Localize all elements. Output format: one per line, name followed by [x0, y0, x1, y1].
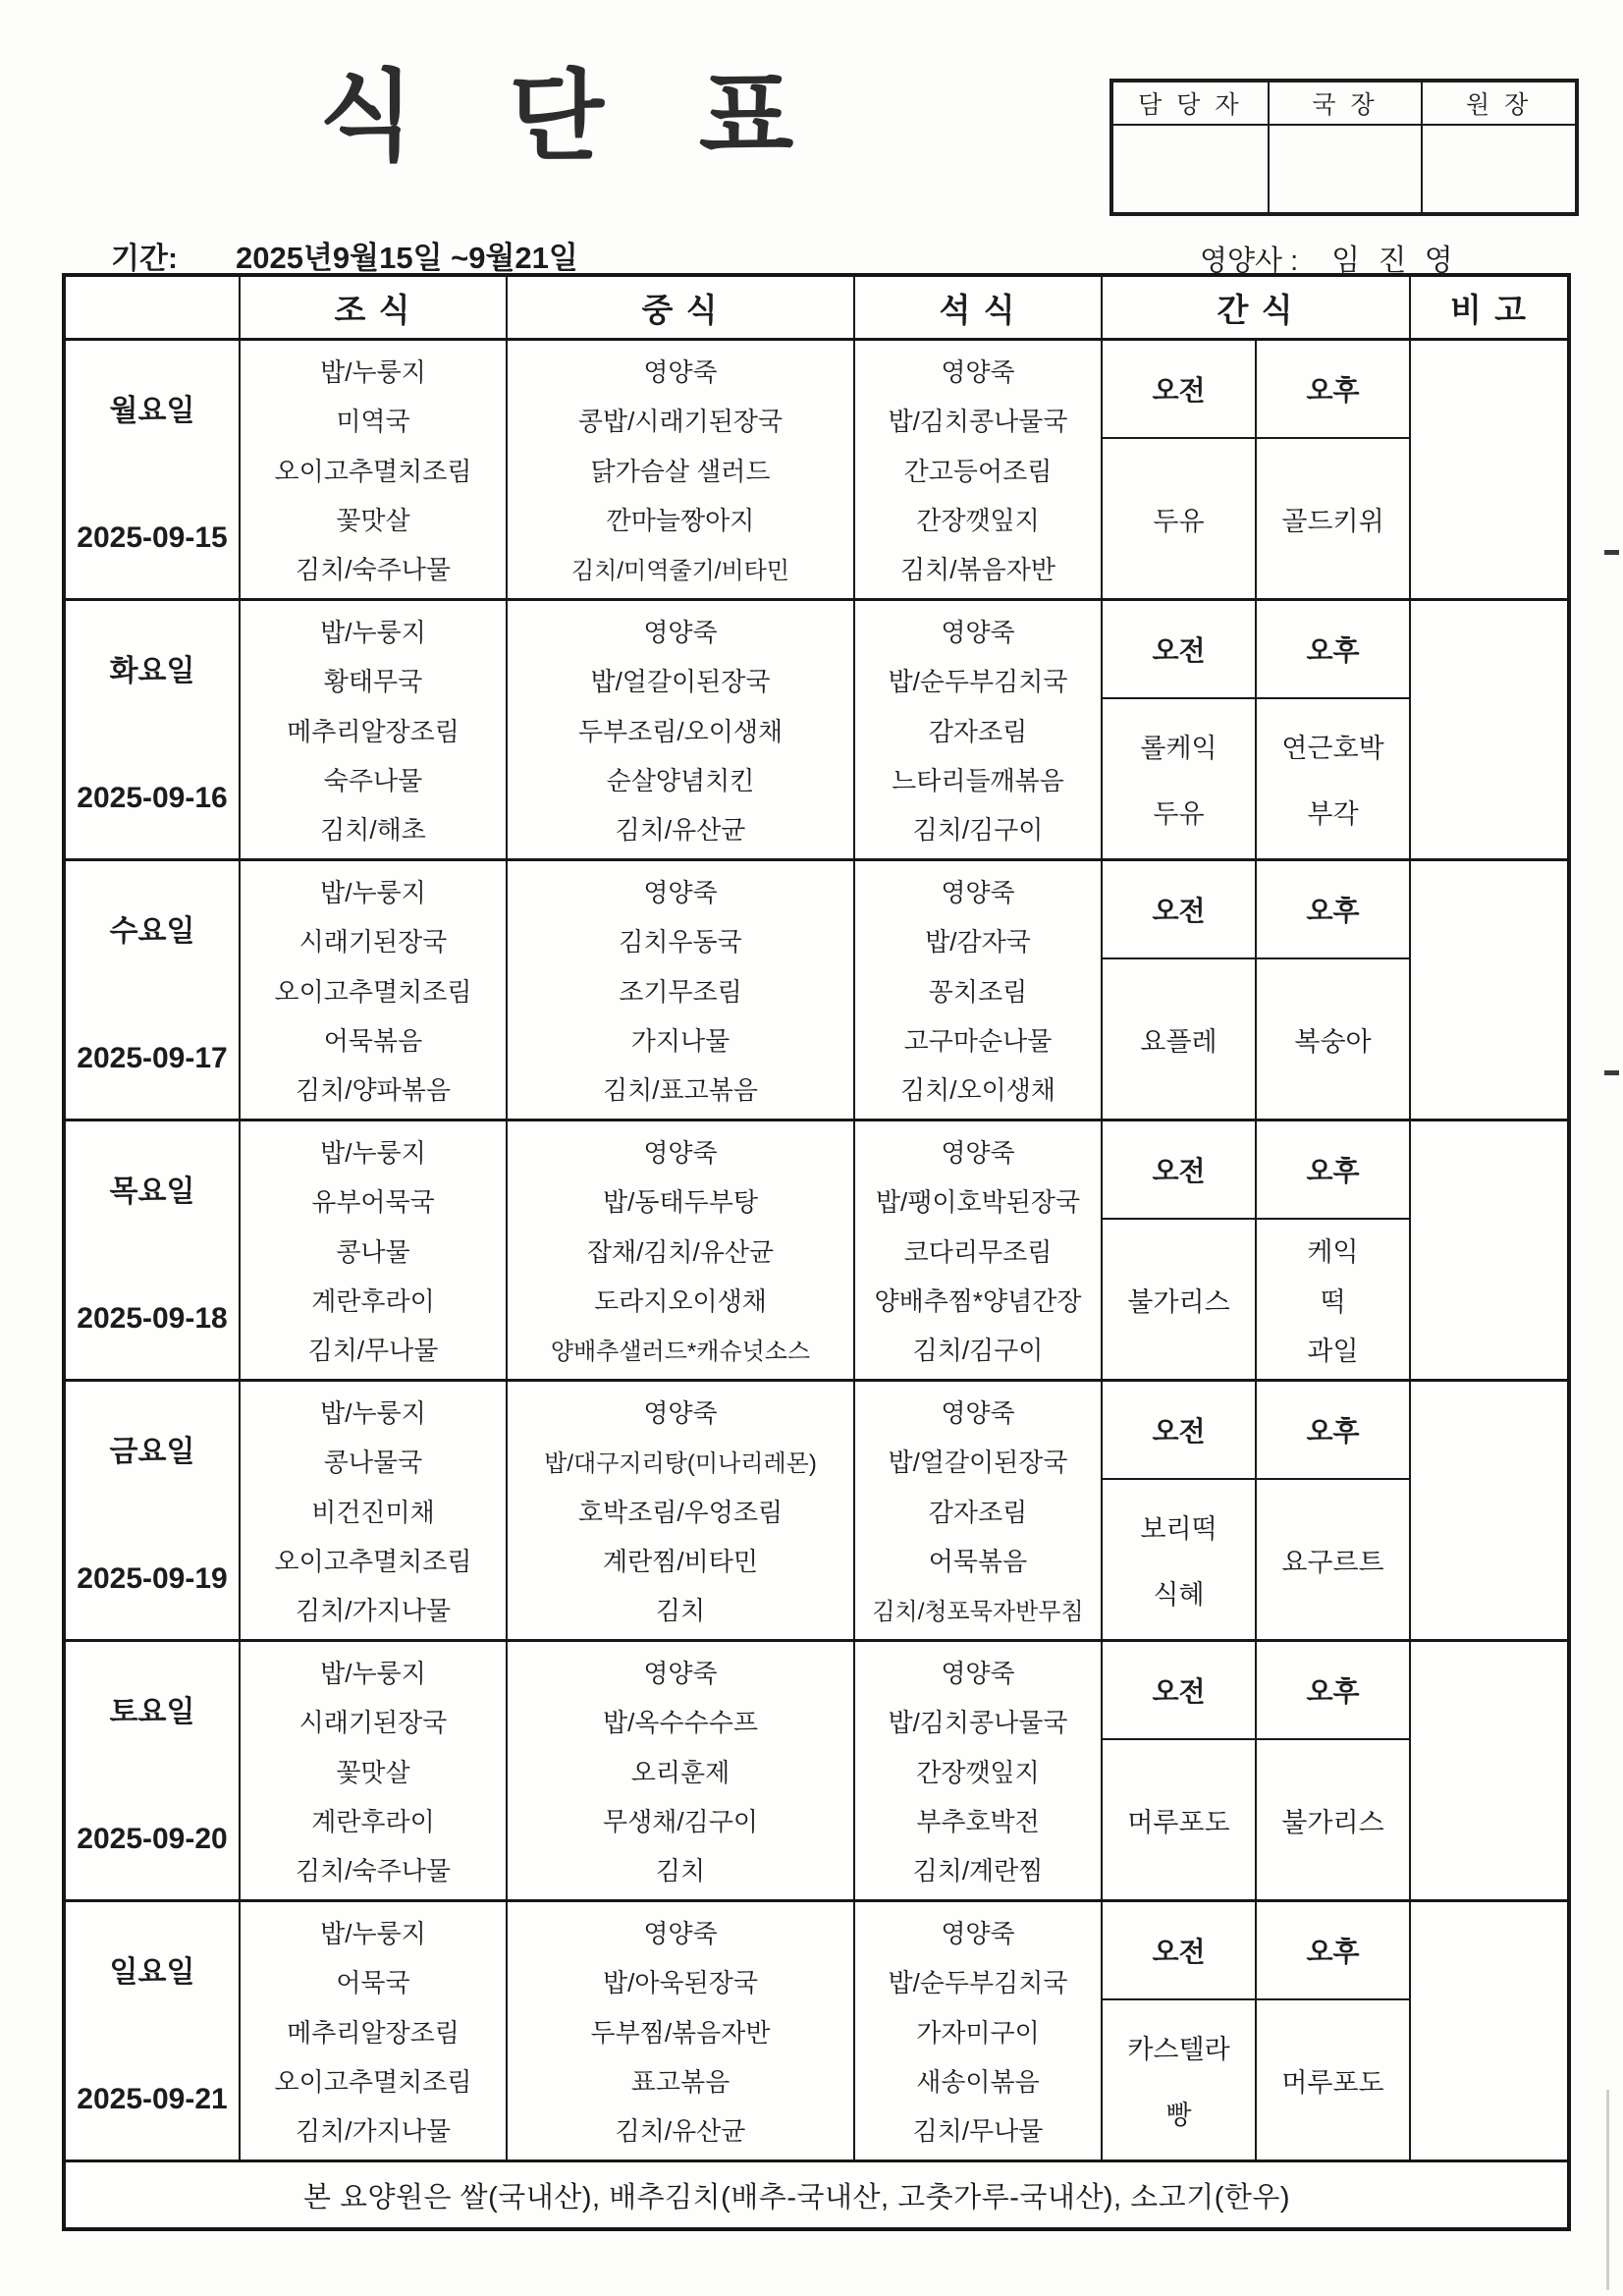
menu-item: 김치/미역줄기/비타민 [508, 544, 853, 593]
menu-item: 코다리무조림 [855, 1226, 1101, 1275]
menu-item: 호박조림/우엉조림 [508, 1486, 853, 1535]
snack-item: 식혜 [1153, 1573, 1204, 1612]
day-cell: 일요일2025-09-21 [66, 1902, 239, 2159]
menu-item: 유부어묵국 [241, 1175, 506, 1225]
snack-cell: 오전오후요플레복숭아 [1101, 861, 1409, 1119]
footer-note-row: 본 요양원은 쌀(국내산), 배추김치(배추-국내산, 고춧가루-국내산), 소… [66, 2162, 1567, 2227]
menu-item: 밥/김치콩나물국 [855, 1696, 1101, 1745]
header-breakfast: 조 식 [239, 277, 506, 338]
snack-cell: 오전오후두유골드키위 [1101, 341, 1409, 598]
menu-item: 영양죽 [508, 1907, 853, 1956]
period-label: 기간: [111, 234, 178, 277]
menu-item: 콩나물국 [241, 1436, 506, 1485]
page-title: 식 단 표 [319, 37, 801, 179]
snack-item: 부각 [1307, 793, 1358, 831]
day-cell: 목요일2025-09-18 [66, 1121, 239, 1379]
menu-item: 감자조림 [855, 1486, 1101, 1535]
menu-item: 밥/팽이호박된장국 [855, 1175, 1101, 1225]
menu-item: 영양죽 [855, 606, 1101, 655]
snack-pm-header: 오후 [1255, 341, 1409, 437]
snack-cell: 오전오후보리떡식혜요구르트 [1101, 1382, 1409, 1639]
remarks-cell [1409, 601, 1567, 858]
menu-item: 김치/유산균 [508, 2105, 853, 2155]
snack-pm-header: 오후 [1255, 601, 1409, 697]
snack-pm-cell: 케익떡과일 [1255, 1220, 1409, 1379]
menu-item: 밥/누룽지 [241, 1647, 506, 1696]
day-date: 2025-09-16 [77, 782, 227, 815]
snack-item: 케익 [1307, 1230, 1358, 1269]
dinner-cell: 영양죽밥/순두부김치국감자조림느타리들깨볶음김치/김구이 [853, 601, 1101, 858]
menu-item: 간고등어조림 [855, 445, 1101, 494]
menu-item: 콩나물 [241, 1226, 506, 1275]
snack-am-header: 오전 [1103, 341, 1255, 437]
day-name: 수요일 [110, 906, 195, 950]
menu-item: 도라지오이생채 [508, 1275, 853, 1324]
meal-plan-document: 식 단 표 담 당 자 국 장 원 장 기간: 2025년9월15일 ~9월21… [0, 0, 1623, 2296]
day-cell: 토요일2025-09-20 [66, 1642, 239, 1899]
menu-item: 김치우동국 [508, 915, 853, 964]
dinner-cell: 영양죽밥/감자국꽁치조림고구마순나물김치/오이생채 [853, 861, 1101, 1119]
menu-item: 어묵볶음 [855, 1535, 1101, 1584]
snack-content: 요플레복숭아 [1103, 959, 1409, 1119]
menu-item: 계란후라이 [241, 1275, 506, 1324]
dinner-cell: 영양죽밥/팽이호박된장국코다리무조림양배추찜*양념간장김치/김구이 [853, 1121, 1101, 1379]
snack-content: 보리떡식혜요구르트 [1103, 1480, 1409, 1639]
lunch-cell: 영양죽밥/얼갈이된장국두부조림/오이생채순살양념치킨김치/유산균 [506, 601, 853, 858]
day-row-2025-09-20: 토요일2025-09-20밥/누룽지시래기된장국꽃맛살계란후라이김치/숙주나물영… [66, 1642, 1567, 1902]
menu-item: 김치/오이생채 [855, 1065, 1101, 1114]
menu-item: 밥/김치콩나물국 [855, 395, 1101, 444]
menu-item: 밥/누룽지 [241, 1126, 506, 1175]
menu-item: 김치/볶음자반 [855, 544, 1101, 593]
menu-item: 두부조림/오이생채 [508, 705, 853, 754]
day-row-2025-09-15: 월요일2025-09-15밥/누룽지미역국오이고추멸치조림꽃맛살김치/숙주나물영… [66, 341, 1567, 601]
menu-item: 오이고추멸치조림 [241, 965, 506, 1014]
snack-subheader: 오전오후 [1103, 1902, 1409, 2000]
snack-content: 불가리스케익떡과일 [1103, 1220, 1409, 1379]
day-cell: 월요일2025-09-15 [66, 341, 239, 598]
day-name: 화요일 [110, 646, 195, 689]
snack-content: 카스텔라빵머루포도 [1103, 2000, 1409, 2159]
menu-item: 오리훈제 [508, 1746, 853, 1795]
menu-item: 새송이볶음 [855, 2055, 1101, 2105]
menu-item: 꽃맛살 [241, 494, 506, 543]
menu-item: 양배추샐러드*캐슈넛소스 [508, 1325, 853, 1374]
menu-item: 김치/유산균 [508, 804, 853, 853]
header-dinner: 석 식 [853, 277, 1101, 338]
snack-pm-header: 오후 [1255, 1121, 1409, 1218]
menu-item: 부추호박전 [855, 1795, 1101, 1844]
menu-item: 오이고추멸치조림 [241, 2055, 506, 2105]
menu-item: 밥/옥수수수프 [508, 1696, 853, 1745]
menu-item: 가자미구이 [855, 2006, 1101, 2055]
day-date: 2025-09-18 [77, 1302, 227, 1336]
lunch-cell: 영양죽밥/동태두부탕잡채/김치/유산균도라지오이생채양배추샐러드*캐슈넛소스 [506, 1121, 853, 1379]
menu-item: 어묵국 [241, 1956, 506, 2005]
approval-sign-cell [1421, 124, 1575, 212]
snack-am-cell: 보리떡식혜 [1103, 1480, 1255, 1639]
menu-item: 비건진미채 [241, 1486, 506, 1535]
menu-item: 김치/청포묵자반무침 [855, 1585, 1101, 1634]
snack-am-cell: 요플레 [1103, 959, 1255, 1119]
menu-item: 밥/누룽지 [241, 606, 506, 655]
remarks-cell [1409, 1382, 1567, 1639]
day-name: 목요일 [110, 1167, 195, 1210]
menu-item: 밥/누룽지 [241, 346, 506, 395]
snack-subheader: 오전오후 [1103, 601, 1409, 699]
menu-item: 김치/무나물 [241, 1325, 506, 1374]
menu-item: 황태무국 [241, 655, 506, 704]
menu-item: 계란후라이 [241, 1795, 506, 1844]
menu-item: 영양죽 [855, 1647, 1101, 1696]
dinner-cell: 영양죽밥/순두부김치국가자미구이새송이볶음김치/무나물 [853, 1902, 1101, 2159]
menu-item: 영양죽 [855, 1126, 1101, 1175]
header-snack: 간 식 [1101, 277, 1409, 338]
dinner-cell: 영양죽밥/얼갈이된장국감자조림어묵볶음김치/청포묵자반무침 [853, 1382, 1101, 1639]
snack-item: 요플레 [1140, 1020, 1217, 1059]
menu-item: 영양죽 [508, 606, 853, 655]
snack-pm-cell: 복숭아 [1255, 959, 1409, 1119]
menu-item: 잡채/김치/유산균 [508, 1226, 853, 1275]
breakfast-cell: 밥/누룽지어묵국메추리알장조림오이고추멸치조림김치/가지나물 [239, 1902, 506, 2159]
snack-pm-header: 오후 [1255, 861, 1409, 957]
menu-item: 김치/양파볶음 [241, 1065, 506, 1114]
menu-item: 시래기된장국 [241, 1696, 506, 1745]
menu-item: 김치/무나물 [855, 2105, 1101, 2155]
snack-content: 두유골드키위 [1103, 439, 1409, 598]
snack-item: 두유 [1153, 500, 1204, 538]
lunch-cell: 영양죽콩밥/시래기된장국닭가슴살 샐러드깐마늘짱아지김치/미역줄기/비타민 [506, 341, 853, 598]
snack-am-cell: 롤케익두유 [1103, 699, 1255, 858]
approval-header-director: 국 장 [1268, 82, 1422, 124]
snack-item: 골드키위 [1281, 500, 1383, 538]
menu-item: 조기무조림 [508, 965, 853, 1014]
breakfast-cell: 밥/누룽지시래기된장국오이고추멸치조림어묵볶음김치/양파볶음 [239, 861, 506, 1119]
snack-am-header: 오전 [1103, 861, 1255, 957]
breakfast-cell: 밥/누룽지황태무국메추리알장조림숙주나물김치/해초 [239, 601, 506, 858]
lunch-cell: 영양죽밥/옥수수수프오리훈제무생채/김구이김치 [506, 1642, 853, 1899]
snack-item: 빵 [1165, 2094, 1191, 2132]
dinner-cell: 영양죽밥/김치콩나물국간고등어조림간장깻잎지김치/볶음자반 [853, 341, 1101, 598]
menu-item: 숙주나물 [241, 754, 506, 803]
snack-item: 보리떡 [1140, 1507, 1217, 1546]
breakfast-cell: 밥/누룽지시래기된장국꽃맛살계란후라이김치/숙주나물 [239, 1642, 506, 1899]
menu-item: 꽁치조림 [855, 965, 1101, 1014]
snack-content: 롤케익두유연근호박부각 [1103, 699, 1409, 858]
snack-pm-header: 오후 [1255, 1902, 1409, 1998]
snack-item: 불가리스 [1281, 1801, 1383, 1839]
day-name: 토요일 [110, 1687, 195, 1730]
dinner-cell: 영양죽밥/김치콩나물국간장깻잎지부추호박전김치/계란찜 [853, 1642, 1101, 1899]
origin-note: 본 요양원은 쌀(국내산), 배추김치(배추-국내산, 고춧가루-국내산), 소… [303, 2175, 1290, 2215]
menu-item: 영양죽 [508, 1126, 853, 1175]
approval-sign-cell [1268, 124, 1422, 212]
day-row-2025-09-16: 화요일2025-09-16밥/누룽지황태무국메추리알장조림숙주나물김치/해초영양… [66, 601, 1567, 861]
day-row-2025-09-17: 수요일2025-09-17밥/누룽지시래기된장국오이고추멸치조림어묵볶음김치/양… [66, 861, 1567, 1121]
snack-subheader: 오전오후 [1103, 1642, 1409, 1740]
menu-item: 무생채/김구이 [508, 1795, 853, 1844]
menu-item: 김치/계란찜 [855, 1845, 1101, 1894]
scan-artifact-tick [1604, 550, 1619, 555]
menu-item: 꽃맛살 [241, 1746, 506, 1795]
menu-item: 밥/얼갈이된장국 [855, 1436, 1101, 1485]
menu-item: 느타리들깨볶음 [855, 754, 1101, 803]
menu-item: 깐마늘짱아지 [508, 494, 853, 543]
menu-item: 밥/누룽지 [241, 866, 506, 915]
remarks-cell [1409, 861, 1567, 1119]
snack-item: 연근호박 [1281, 727, 1383, 765]
breakfast-cell: 밥/누룽지유부어묵국콩나물계란후라이김치/무나물 [239, 1121, 506, 1379]
menu-item: 오이고추멸치조림 [241, 445, 506, 494]
menu-item: 가지나물 [508, 1014, 853, 1064]
remarks-cell [1409, 341, 1567, 598]
snack-cell: 오전오후머루포도불가리스 [1101, 1642, 1409, 1899]
snack-item: 요구르트 [1281, 1541, 1383, 1579]
day-row-2025-09-19: 금요일2025-09-19밥/누룽지콩나물국비건진미채오이고추멸치조림김치/가지… [66, 1382, 1567, 1642]
menu-item: 오이고추멸치조림 [241, 1535, 506, 1584]
approval-header-chief: 원 장 [1421, 82, 1575, 124]
snack-cell: 오전오후불가리스케익떡과일 [1101, 1121, 1409, 1379]
remarks-cell [1409, 1902, 1567, 2159]
approval-sign-cell [1113, 124, 1268, 212]
menu-item: 밥/아욱된장국 [508, 1956, 853, 2005]
menu-item: 김치/김구이 [855, 804, 1101, 853]
menu-item: 미역국 [241, 395, 506, 444]
menu-item: 영양죽 [855, 1387, 1101, 1436]
menu-item: 메추리알장조림 [241, 705, 506, 754]
menu-item: 김치/가지나물 [241, 1585, 506, 1634]
menu-item: 시래기된장국 [241, 915, 506, 964]
snack-item: 과일 [1307, 1330, 1358, 1368]
scan-edge-shadow [1606, 2090, 1609, 2290]
snack-content: 머루포도불가리스 [1103, 1740, 1409, 1899]
day-date: 2025-09-19 [77, 1562, 227, 1596]
menu-item: 밥/순두부김치국 [855, 655, 1101, 704]
menu-item: 김치 [508, 1845, 853, 1894]
menu-item: 간장깻잎지 [855, 494, 1101, 543]
menu-item: 김치/김구이 [855, 1325, 1101, 1374]
menu-item: 콩밥/시래기된장국 [508, 395, 853, 444]
menu-item: 김치/숙주나물 [241, 1845, 506, 1894]
snack-subheader: 오전오후 [1103, 861, 1409, 959]
breakfast-cell: 밥/누룽지미역국오이고추멸치조림꽃맛살김치/숙주나물 [239, 341, 506, 598]
menu-item: 김치/표고볶음 [508, 1065, 853, 1114]
day-date: 2025-09-21 [77, 2083, 227, 2116]
menu-item: 밥/얼갈이된장국 [508, 655, 853, 704]
snack-cell: 오전오후롤케익두유연근호박부각 [1101, 601, 1409, 858]
snack-pm-cell: 골드키위 [1255, 439, 1409, 598]
menu-item: 계란찜/비타민 [508, 1535, 853, 1584]
menu-item: 영양죽 [855, 1907, 1101, 1956]
menu-item: 밥/누룽지 [241, 1387, 506, 1436]
day-cell: 수요일2025-09-17 [66, 861, 239, 1119]
remarks-cell [1409, 1121, 1567, 1379]
snack-pm-header: 오후 [1255, 1382, 1409, 1478]
table-header-row: 조 식 중 식 석 식 간 식 비 고 [66, 277, 1567, 341]
menu-item: 영양죽 [508, 346, 853, 395]
snack-am-cell: 머루포도 [1103, 1740, 1255, 1899]
menu-item: 영양죽 [855, 346, 1101, 395]
day-cell: 화요일2025-09-16 [66, 601, 239, 858]
menu-item: 닭가슴살 샐러드 [508, 445, 853, 494]
header-lunch: 중 식 [506, 277, 853, 338]
snack-am-cell: 두유 [1103, 439, 1255, 598]
scan-artifact-tick [1604, 1070, 1619, 1075]
menu-item: 두부찜/볶음자반 [508, 2006, 853, 2055]
menu-item: 메추리알장조림 [241, 2006, 506, 2055]
snack-item: 복숭아 [1294, 1020, 1371, 1059]
menu-item: 밥/감자국 [855, 915, 1101, 964]
menu-item: 밥/대구지리탕(미나리레몬) [508, 1436, 853, 1485]
lunch-cell: 영양죽밥/아욱된장국두부찜/볶음자반표고볶음김치/유산균 [506, 1902, 853, 2159]
meal-plan-table: 조 식 중 식 석 식 간 식 비 고 월요일2025-09-15밥/누룽지미역… [62, 273, 1571, 2231]
snack-pm-cell: 불가리스 [1255, 1740, 1409, 1899]
snack-am-cell: 불가리스 [1103, 1220, 1255, 1379]
snack-item: 머루포도 [1281, 2061, 1383, 2100]
menu-item: 어묵볶음 [241, 1014, 506, 1064]
snack-item: 두유 [1153, 793, 1204, 831]
period-value: 2025년9월15일 ~9월21일 [236, 233, 578, 277]
day-row-2025-09-18: 목요일2025-09-18밥/누룽지유부어묵국콩나물계란후라이김치/무나물영양죽… [66, 1121, 1567, 1382]
menu-item: 밥/동태두부탕 [508, 1175, 853, 1225]
menu-item: 영양죽 [508, 1647, 853, 1696]
snack-item: 불가리스 [1127, 1281, 1229, 1319]
snack-subheader: 오전오후 [1103, 341, 1409, 439]
header-remarks: 비 고 [1409, 277, 1567, 338]
day-date: 2025-09-20 [77, 1823, 227, 1856]
day-name: 월요일 [110, 386, 195, 429]
snack-am-header: 오전 [1103, 1902, 1255, 1998]
snack-item: 떡 [1320, 1281, 1345, 1319]
header-day-column [66, 277, 239, 338]
day-date: 2025-09-15 [77, 521, 227, 555]
menu-item: 김치 [508, 1585, 853, 1634]
day-date: 2025-09-17 [77, 1042, 227, 1075]
snack-am-header: 오전 [1103, 1121, 1255, 1218]
menu-item: 순살양념치킨 [508, 754, 853, 803]
approval-signoff-box: 담 당 자 국 장 원 장 [1109, 79, 1579, 216]
menu-item: 김치/가지나물 [241, 2105, 506, 2155]
snack-item: 카스텔라 [1127, 2028, 1229, 2066]
day-name: 금요일 [110, 1427, 195, 1470]
menu-item: 양배추찜*양념간장 [855, 1275, 1101, 1324]
snack-pm-cell: 요구르트 [1255, 1480, 1409, 1639]
day-name: 일요일 [110, 1947, 195, 1991]
snack-pm-cell: 머루포도 [1255, 2000, 1409, 2159]
day-cell: 금요일2025-09-19 [66, 1382, 239, 1639]
snack-am-cell: 카스텔라빵 [1103, 2000, 1255, 2159]
menu-item: 김치/해초 [241, 804, 506, 853]
menu-item: 감자조림 [855, 705, 1101, 754]
menu-item: 표고볶음 [508, 2055, 853, 2105]
snack-cell: 오전오후카스텔라빵머루포도 [1101, 1902, 1409, 2159]
snack-subheader: 오전오후 [1103, 1382, 1409, 1480]
menu-item: 고구마순나물 [855, 1014, 1101, 1064]
lunch-cell: 영양죽김치우동국조기무조림가지나물김치/표고볶음 [506, 861, 853, 1119]
menu-item: 영양죽 [508, 866, 853, 915]
snack-subheader: 오전오후 [1103, 1121, 1409, 1220]
snack-item: 머루포도 [1127, 1801, 1229, 1839]
snack-am-header: 오전 [1103, 601, 1255, 697]
day-row-2025-09-21: 일요일2025-09-21밥/누룽지어묵국메추리알장조림오이고추멸치조림김치/가… [66, 1902, 1567, 2162]
menu-item: 밥/순두부김치국 [855, 1956, 1101, 2005]
snack-am-header: 오전 [1103, 1642, 1255, 1738]
menu-item: 영양죽 [508, 1387, 853, 1436]
snack-am-header: 오전 [1103, 1382, 1255, 1478]
snack-pm-header: 오후 [1255, 1642, 1409, 1738]
snack-pm-cell: 연근호박부각 [1255, 699, 1409, 858]
breakfast-cell: 밥/누룽지콩나물국비건진미채오이고추멸치조림김치/가지나물 [239, 1382, 506, 1639]
remarks-cell [1409, 1642, 1567, 1899]
menu-item: 밥/누룽지 [241, 1907, 506, 1956]
menu-item: 김치/숙주나물 [241, 544, 506, 593]
menu-item: 간장깻잎지 [855, 1746, 1101, 1795]
snack-item: 롤케익 [1140, 727, 1217, 765]
menu-item: 영양죽 [855, 866, 1101, 915]
approval-header-staff: 담 당 자 [1113, 82, 1268, 124]
lunch-cell: 영양죽밥/대구지리탕(미나리레몬)호박조림/우엉조림계란찜/비타민김치 [506, 1382, 853, 1639]
